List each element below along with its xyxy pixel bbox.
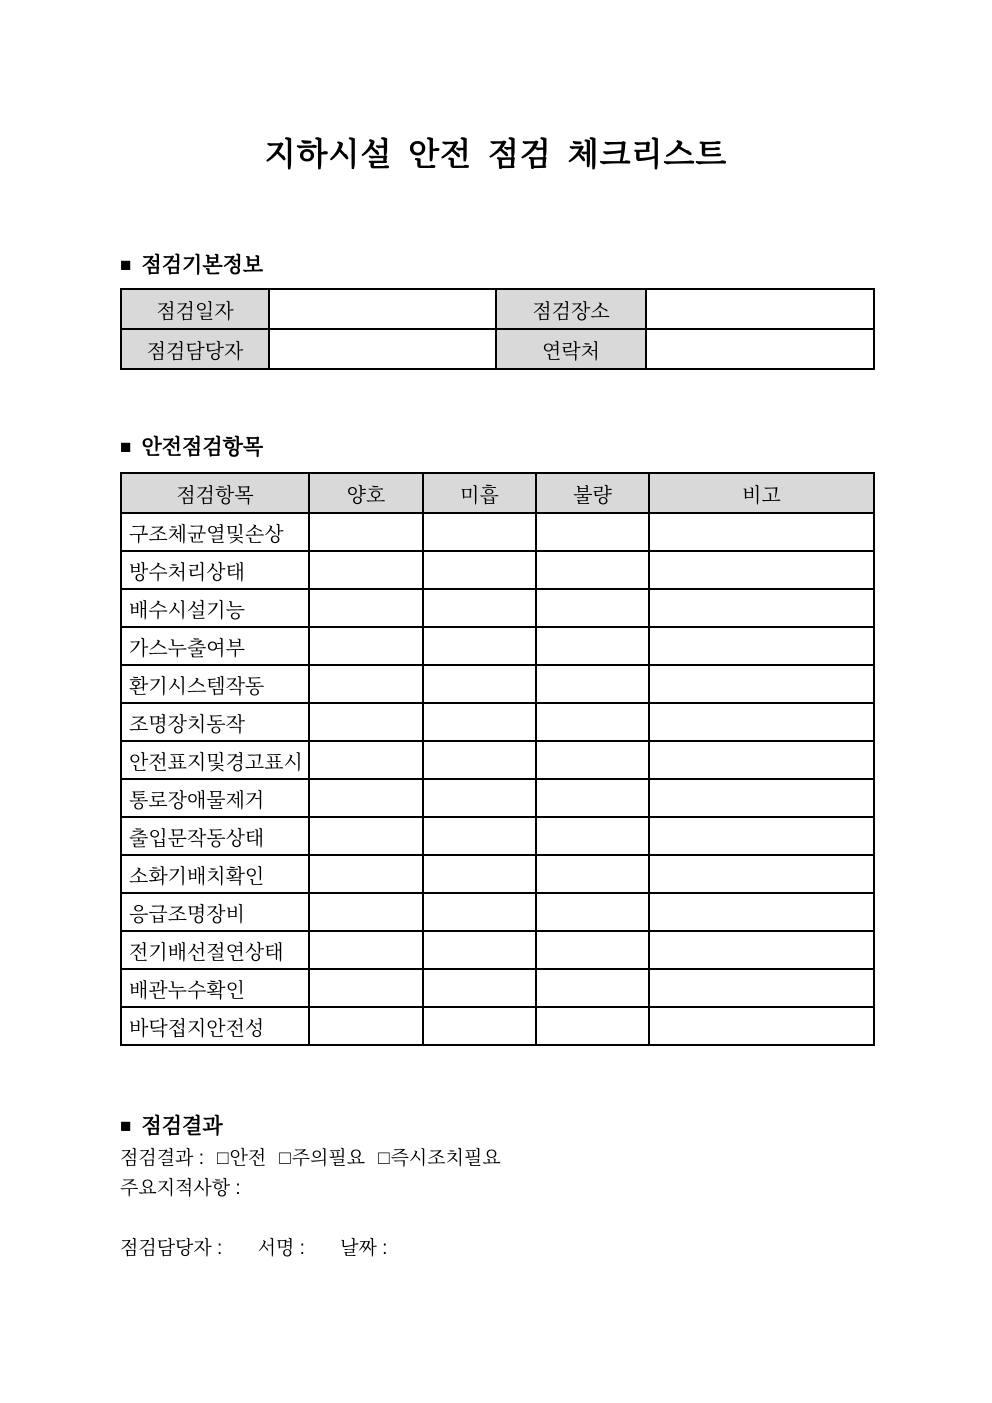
column-header-good: 양호 [309,473,423,513]
item-name-cell: 구조체균열및손상 [121,513,309,551]
rating-cell-bad[interactable] [536,589,649,627]
rating-cell-insufficient[interactable] [423,551,536,589]
rating-cell-bad[interactable] [536,627,649,665]
checklist-row: 배관누수확인 [121,969,874,1007]
field-label-inspector: 점검담당자 [121,329,269,369]
rating-cell-good[interactable] [309,551,423,589]
rating-cell-good[interactable] [309,779,423,817]
rating-cell-good[interactable] [309,513,423,551]
checkbox-icon[interactable]: □ [217,1148,228,1169]
result-option-label: 안전 [229,1148,266,1169]
item-name-cell: 전기배선절연상태 [121,931,309,969]
item-name-cell: 통로장애물제거 [121,779,309,817]
signature-inspector-label: 점검담당자 : [120,1238,222,1259]
section-heading-basic-info: ■ 점검기본정보 [120,253,873,279]
checklist-table: 점검항목 양호 미흡 불량 비고 구조체균열및손상 방수처리상태 [120,472,875,1046]
remarks-cell[interactable] [649,703,874,741]
rating-cell-insufficient[interactable] [423,817,536,855]
checklist-row: 조명장치동작 [121,703,874,741]
checklist-row: 소화기배치확인 [121,855,874,893]
section-heading-label: 점검결과 [141,1114,222,1140]
rating-cell-insufficient[interactable] [423,893,536,931]
item-name-cell: 환기시스템작동 [121,665,309,703]
issues-label: 주요지적사항 : [120,1178,241,1199]
checklist-row: 구조체균열및손상 [121,513,874,551]
rating-cell-insufficient[interactable] [423,741,536,779]
basic-info-table: 점검일자 점검장소 점검담당자 연락처 [120,288,875,370]
remarks-cell[interactable] [649,627,874,665]
rating-cell-bad[interactable] [536,551,649,589]
item-name-cell: 출입문작동상태 [121,817,309,855]
rating-cell-insufficient[interactable] [423,779,536,817]
column-header-item: 점검항목 [121,473,309,513]
rating-cell-insufficient[interactable] [423,931,536,969]
field-value-inspection-date[interactable] [269,289,496,329]
field-label-inspection-place: 점검장소 [496,289,646,329]
basic-info-row: 점검담당자 연락처 [121,329,874,369]
field-value-contact[interactable] [646,329,874,369]
rating-cell-bad[interactable] [536,779,649,817]
checklist-row: 환기시스템작동 [121,665,874,703]
rating-cell-bad[interactable] [536,513,649,551]
section-bullet-icon: ■ [120,435,131,461]
checklist-row: 배수시설기능 [121,589,874,627]
remarks-cell[interactable] [649,779,874,817]
remarks-cell[interactable] [649,741,874,779]
rating-cell-bad[interactable] [536,893,649,931]
checklist-row: 안전표지및경고표시 [121,741,874,779]
signature-line: 점검담당자 : 서명 : 날짜 : [120,1237,873,1261]
rating-cell-bad[interactable] [536,855,649,893]
rating-cell-bad[interactable] [536,703,649,741]
rating-cell-good[interactable] [309,703,423,741]
rating-cell-insufficient[interactable] [423,589,536,627]
column-header-insufficient: 미흡 [423,473,536,513]
remarks-cell[interactable] [649,893,874,931]
signature-sign-label: 서명 : [258,1238,305,1259]
result-option-immediate: □즉시조치필요 [378,1148,501,1169]
rating-cell-insufficient[interactable] [423,1007,536,1045]
rating-cell-insufficient[interactable] [423,627,536,665]
item-name-cell: 응급조명장비 [121,893,309,931]
item-name-cell: 방수처리상태 [121,551,309,589]
result-option-caution: □주의필요 [279,1148,365,1169]
rating-cell-insufficient[interactable] [423,703,536,741]
section-heading-checklist: ■ 안전점검항목 [120,435,873,461]
column-header-bad: 불량 [536,473,649,513]
rating-cell-bad[interactable] [536,741,649,779]
document-page: 지하시설 안전 점검 체크리스트 ■ 점검기본정보 점검일자 점검장소 점검담당… [0,0,992,1403]
rating-cell-good[interactable] [309,931,423,969]
column-header-remarks: 비고 [649,473,874,513]
issues-line: 주요지적사항 : [120,1177,873,1201]
remarks-cell[interactable] [649,665,874,703]
remarks-cell[interactable] [649,1007,874,1045]
checklist-row: 방수처리상태 [121,551,874,589]
checklist-row: 바닥접지안전성 [121,1007,874,1045]
rating-cell-insufficient[interactable] [423,855,536,893]
rating-cell-bad[interactable] [536,931,649,969]
section-heading-label: 안전점검항목 [141,435,263,461]
remarks-cell[interactable] [649,589,874,627]
item-name-cell: 안전표지및경고표시 [121,741,309,779]
section-bullet-icon: ■ [120,1114,131,1140]
section-bullet-icon: ■ [120,253,131,279]
rating-cell-good[interactable] [309,589,423,627]
checklist-header-row: 점검항목 양호 미흡 불량 비고 [121,473,874,513]
result-option-safe: □안전 [217,1148,266,1169]
rating-cell-good[interactable] [309,855,423,893]
result-option-label: 즉시조치필요 [391,1148,501,1169]
checklist-row: 가스누출여부 [121,627,874,665]
field-value-inspector[interactable] [269,329,496,369]
rating-cell-good[interactable] [309,665,423,703]
item-name-cell: 조명장치동작 [121,703,309,741]
remarks-cell[interactable] [649,551,874,589]
remarks-cell[interactable] [649,931,874,969]
item-name-cell: 가스누출여부 [121,627,309,665]
item-name-cell: 배관누수확인 [121,969,309,1007]
rating-cell-good[interactable] [309,1007,423,1045]
rating-cell-bad[interactable] [536,1007,649,1045]
field-label-inspection-date: 점검일자 [121,289,269,329]
checklist-row: 응급조명장비 [121,893,874,931]
checkbox-icon[interactable]: □ [378,1148,389,1169]
rating-cell-good[interactable] [309,969,423,1007]
section-heading-result: ■ 점검결과 [120,1114,873,1140]
document-title: 지하시설 안전 점검 체크리스트 [0,0,992,174]
field-label-contact: 연락처 [496,329,646,369]
rating-cell-good[interactable] [309,741,423,779]
section-heading-label: 점검기본정보 [141,253,263,279]
result-label: 점검결과 : [120,1148,204,1169]
checklist-row: 통로장애물제거 [121,779,874,817]
rating-cell-bad[interactable] [536,817,649,855]
field-value-inspection-place[interactable] [646,289,874,329]
result-options-line: 점검결과 :□안전□주의필요□즉시조치필요 [120,1147,873,1171]
rating-cell-insufficient[interactable] [423,969,536,1007]
item-name-cell: 배수시설기능 [121,589,309,627]
rating-cell-good[interactable] [309,627,423,665]
signature-date-label: 날짜 : [340,1238,387,1259]
basic-info-row: 점검일자 점검장소 [121,289,874,329]
checklist-row: 출입문작동상태 [121,817,874,855]
remarks-cell[interactable] [649,855,874,893]
rating-cell-bad[interactable] [536,969,649,1007]
rating-cell-insufficient[interactable] [423,513,536,551]
rating-cell-good[interactable] [309,893,423,931]
rating-cell-good[interactable] [309,817,423,855]
remarks-cell[interactable] [649,817,874,855]
item-name-cell: 바닥접지안전성 [121,1007,309,1045]
rating-cell-insufficient[interactable] [423,665,536,703]
item-name-cell: 소화기배치확인 [121,855,309,893]
rating-cell-bad[interactable] [536,665,649,703]
checkbox-icon[interactable]: □ [279,1148,290,1169]
checklist-row: 전기배선절연상태 [121,931,874,969]
result-option-label: 주의필요 [292,1148,365,1169]
remarks-cell[interactable] [649,513,874,551]
remarks-cell[interactable] [649,969,874,1007]
